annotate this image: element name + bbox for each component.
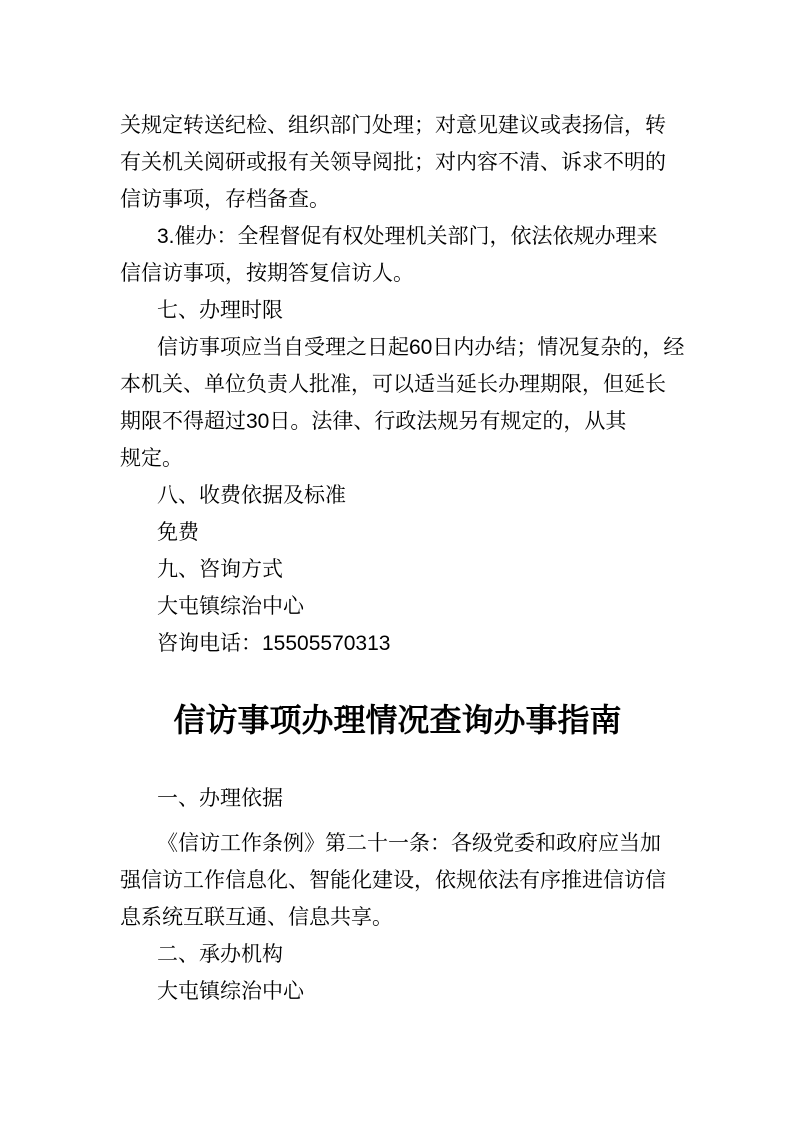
paragraph-line: 3.催办：全程督促有权处理机关部门，依法依规办理来 [120,218,675,255]
paragraph-line: 《信访工作条例》第二十一条：各级党委和政府应当加 [120,825,675,862]
paragraph-line: 期限不得超过30日。法律、行政法规另有规定的，从其 [120,403,675,440]
paragraph-line: 本机关、单位负责人批准，可以适当延长办理期限，但延长 [120,366,675,403]
section-heading: 二、承办机构 [120,936,675,973]
paragraph-line: 规定。 [120,440,675,477]
guide-title: 信访事项办理情况查询办事指南 [120,698,675,742]
paragraph-line: 信信访事项，按期答复信访人。 [120,255,675,292]
paragraph-line: 大屯镇综治中心 [120,973,675,1010]
document-page: 关规定转送纪检、组织部门处理；对意见建议或表扬信，转 有关机关阅研或报有关领导阅… [0,0,793,1122]
paragraph-line: 信访事项，存档备查。 [120,181,675,218]
paragraph-line: 咨询电话：15505570313 [120,625,675,662]
section-heading: 一、办理依据 [120,780,675,817]
paragraph-line: 息系统互联互通、信息共享。 [120,899,675,936]
paragraph-line: 有关机关阅研或报有关领导阅批；对内容不清、诉求不明的 [120,144,675,181]
section-heading: 八、收费依据及标准 [120,477,675,514]
paragraph-line: 免费 [120,514,675,551]
section-heading: 九、咨询方式 [120,551,675,588]
paragraph-line: 大屯镇综治中心 [120,588,675,625]
paragraph-line: 信访事项应当自受理之日起60日内办结；情况复杂的，经 [120,329,675,366]
paragraph-line: 关规定转送纪检、组织部门处理；对意见建议或表扬信，转 [120,107,675,144]
paragraph-line: 强信访工作信息化、智能化建设，依规依法有序推进信访信 [120,862,675,899]
page-content: 关规定转送纪检、组织部门处理；对意见建议或表扬信，转 有关机关阅研或报有关领导阅… [0,0,793,1010]
section-heading: 七、办理时限 [120,292,675,329]
